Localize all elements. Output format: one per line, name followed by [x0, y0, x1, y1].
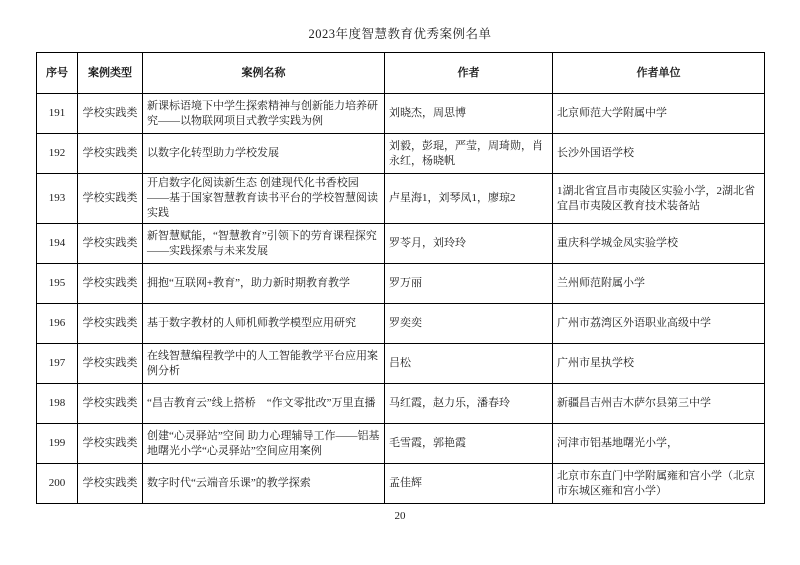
cell-name: 开启数字化阅读新生态 创建现代化书香校园——基于国家智慧教育读书平台的学校智慧阅…	[143, 174, 385, 224]
table-row: 195学校实践类拥抱“互联网+教育”，助力新时期教育教学罗万丽兰州师范附属小学	[37, 264, 765, 304]
table-row: 197学校实践类在线智慧编程教学中的人工智能教学平台应用案例分析吕松广州市星执学…	[37, 344, 765, 384]
table-header-row: 序号案例类型案例名称作者作者单位	[37, 53, 765, 94]
cell-type: 学校实践类	[78, 224, 143, 264]
page-number: 20	[0, 510, 800, 522]
cell-authors: 刘毅，彭琨，严莹，周琦勋，肖永红，杨晓帆	[385, 134, 553, 174]
column-header-no: 序号	[37, 53, 78, 94]
cell-authors: 罗苓月，刘玲玲	[385, 224, 553, 264]
column-header-type: 案例类型	[78, 53, 143, 94]
table-body: 191学校实践类新课标语境下中学生探索精神与创新能力培养研究——以物联网项目式教…	[37, 94, 765, 504]
cell-authors: 毛雪霞，郭艳霞	[385, 424, 553, 464]
cell-type: 学校实践类	[78, 304, 143, 344]
cell-type: 学校实践类	[78, 264, 143, 304]
table-row: 196学校实践类基于数字教材的人师机师教学模型应用研究罗奕奕广州市荔湾区外语职业…	[37, 304, 765, 344]
cell-org: 北京市东直门中学附属雍和宫小学（北京市东城区雍和宫小学）	[553, 464, 765, 504]
cell-name: 拥抱“互联网+教育”，助力新时期教育教学	[143, 264, 385, 304]
column-header-authors: 作者	[385, 53, 553, 94]
cell-name: 数字时代“云端音乐课”的教学探索	[143, 464, 385, 504]
cell-authors: 吕松	[385, 344, 553, 384]
table-row: 200学校实践类数字时代“云端音乐课”的教学探索孟佳辉北京市东直门中学附属雍和宫…	[37, 464, 765, 504]
cell-authors: 卢星海1，刘琴凤1，廖琼2	[385, 174, 553, 224]
cell-org: 兰州师范附属小学	[553, 264, 765, 304]
cell-no: 197	[37, 344, 78, 384]
cell-name: 创建“心灵驿站”空间 助力心理辅导工作——铝基地曙光小学“心灵驿站”空间应用案例	[143, 424, 385, 464]
cell-org: 新疆昌吉州吉木萨尔县第三中学	[553, 384, 765, 424]
cell-authors: 罗奕奕	[385, 304, 553, 344]
cell-type: 学校实践类	[78, 464, 143, 504]
cell-type: 学校实践类	[78, 174, 143, 224]
cell-name: 新课标语境下中学生探索精神与创新能力培养研究——以物联网项目式教学实践为例	[143, 94, 385, 134]
cell-org: 广州市荔湾区外语职业高级中学	[553, 304, 765, 344]
cell-no: 193	[37, 174, 78, 224]
cell-org: 北京师范大学附属中学	[553, 94, 765, 134]
cell-org: 1湖北省宜昌市夷陵区实验小学，2湖北省宜昌市夷陵区教育技术装备站	[553, 174, 765, 224]
table-row: 192学校实践类以数字化转型助力学校发展刘毅，彭琨，严莹，周琦勋，肖永红，杨晓帆…	[37, 134, 765, 174]
cell-no: 192	[37, 134, 78, 174]
column-header-name: 案例名称	[143, 53, 385, 94]
cell-name: 在线智慧编程教学中的人工智能教学平台应用案例分析	[143, 344, 385, 384]
table-row: 191学校实践类新课标语境下中学生探索精神与创新能力培养研究——以物联网项目式教…	[37, 94, 765, 134]
cases-table: 序号案例类型案例名称作者作者单位 191学校实践类新课标语境下中学生探索精神与创…	[36, 52, 765, 504]
cell-org: 长沙外国语学校	[553, 134, 765, 174]
cell-type: 学校实践类	[78, 384, 143, 424]
cell-type: 学校实践类	[78, 134, 143, 174]
cell-no: 194	[37, 224, 78, 264]
cell-no: 196	[37, 304, 78, 344]
page-title: 2023年度智慧教育优秀案例名单	[0, 24, 800, 42]
table-row: 194学校实践类新智慧赋能，“智慧教育”引领下的劳育课程探究——实践探索与未来发…	[37, 224, 765, 264]
cell-authors: 罗万丽	[385, 264, 553, 304]
cell-no: 191	[37, 94, 78, 134]
cell-type: 学校实践类	[78, 94, 143, 134]
cell-authors: 刘晓杰，周思博	[385, 94, 553, 134]
cell-authors: 马红霞，赵力乐，潘春玲	[385, 384, 553, 424]
cell-org: 广州市星执学校	[553, 344, 765, 384]
cell-type: 学校实践类	[78, 424, 143, 464]
table-row: 193学校实践类开启数字化阅读新生态 创建现代化书香校园——基于国家智慧教育读书…	[37, 174, 765, 224]
cell-no: 200	[37, 464, 78, 504]
cell-type: 学校实践类	[78, 344, 143, 384]
cell-name: 新智慧赋能，“智慧教育”引领下的劳育课程探究——实践探索与未来发展	[143, 224, 385, 264]
cell-name: 以数字化转型助力学校发展	[143, 134, 385, 174]
cell-no: 199	[37, 424, 78, 464]
table-row: 199学校实践类创建“心灵驿站”空间 助力心理辅导工作——铝基地曙光小学“心灵驿…	[37, 424, 765, 464]
cell-name: “昌吉教育云”线上搭桥 “作文零批改”万里直播	[143, 384, 385, 424]
cell-authors: 孟佳辉	[385, 464, 553, 504]
cell-org: 重庆科学城金凤实验学校	[553, 224, 765, 264]
cell-no: 198	[37, 384, 78, 424]
cell-name: 基于数字教材的人师机师教学模型应用研究	[143, 304, 385, 344]
table-row: 198学校实践类“昌吉教育云”线上搭桥 “作文零批改”万里直播马红霞，赵力乐，潘…	[37, 384, 765, 424]
column-header-org: 作者单位	[553, 53, 765, 94]
cell-org: 河津市铝基地曙光小学，	[553, 424, 765, 464]
cell-no: 195	[37, 264, 78, 304]
